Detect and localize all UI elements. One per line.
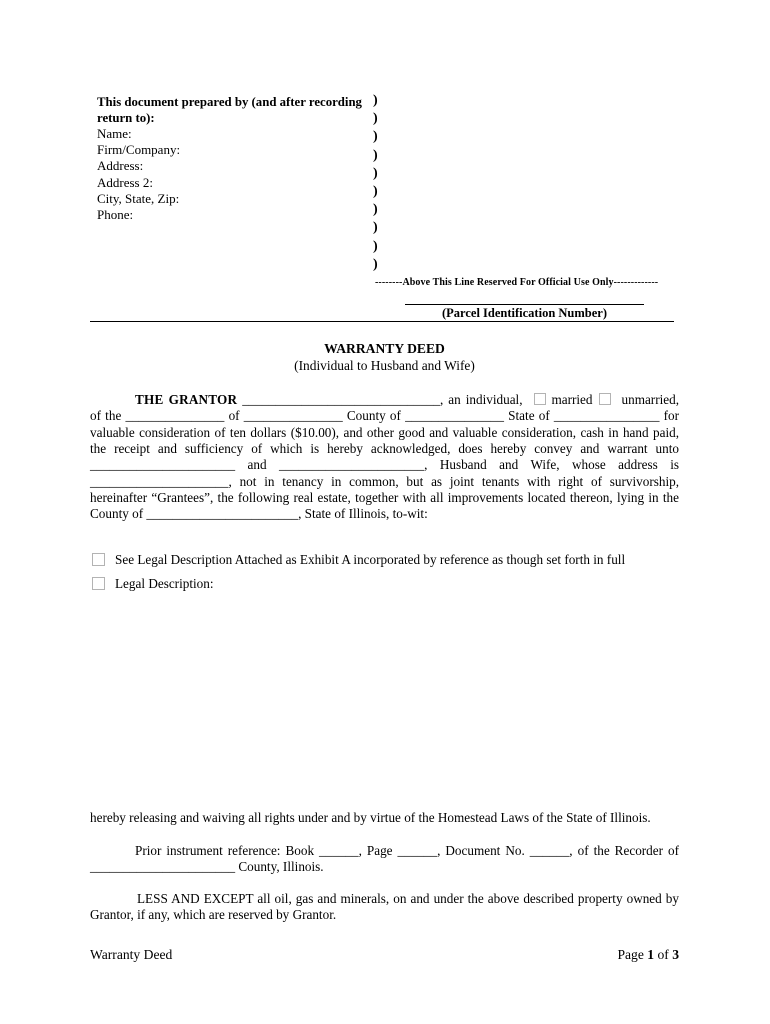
warranty-deed-page: This document prepared by (and after rec… [0,0,770,1024]
exhibit-a-checkbox[interactable] [92,553,105,566]
married-label: married [552,392,593,407]
footer-page-word: Page [617,947,647,962]
footer-page-indicator: Page 1 of 3 [617,947,679,963]
footer-page-total: 3 [672,947,679,962]
preparer-field-labels: Name: Firm/Company: Address: Address 2: … [97,126,382,223]
header-divider-rule [90,321,674,322]
less-and-except-paragraph: LESS AND EXCEPT all oil, gas and mineral… [90,891,679,924]
document-subtitle: (Individual to Husband and Wife) [90,358,679,374]
exhibit-a-row: See Legal Description Attached as Exhibi… [92,552,625,568]
grantor-text-2: unmarried, of the _______________ of ___… [90,392,679,521]
recording-stamp-parens: ) ) ) ) ) ) ) ) ) ) [373,92,378,274]
parcel-id-blank-line [405,304,644,305]
exhibit-a-label: See Legal Description Attached as Exhibi… [115,552,625,568]
page-footer: Warranty Deed Page 1 of 3 [90,947,679,963]
unmarried-checkbox[interactable] [599,393,611,405]
married-checkbox[interactable] [534,393,546,405]
footer-doc-label: Warranty Deed [90,947,172,963]
prior-instrument-paragraph: Prior instrument reference: Book ______,… [90,843,679,876]
grantor-paragraph: THE GRANTOR ____________________________… [90,392,679,523]
grantor-lead-in: THE GRANTOR [135,392,237,407]
parcel-id-label: (Parcel Identification Number) [405,306,644,321]
preparer-title: This document prepared by (and after rec… [97,94,382,126]
document-title: WARRANTY DEED [90,341,679,357]
legal-description-label: Legal Description: [115,576,214,592]
legal-description-checkbox[interactable] [92,577,105,590]
homestead-waiver-line: hereby releasing and waiving all rights … [90,810,679,826]
footer-of-word: of [654,947,672,962]
reserved-use-line: --------Above This Line Reserved For Off… [375,277,675,288]
legal-description-row: Legal Description: [92,576,214,592]
preparer-block: This document prepared by (and after rec… [97,94,382,223]
grantor-text-1: ______________________________, an indiv… [237,392,527,407]
